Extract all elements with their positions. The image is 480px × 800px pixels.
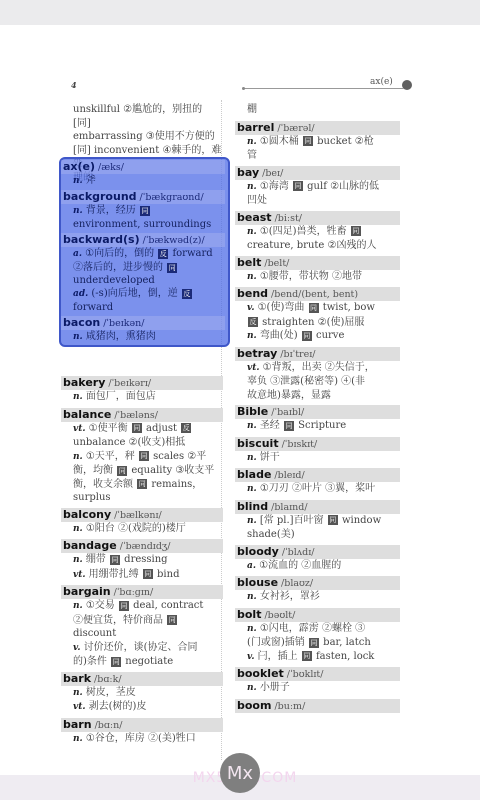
- definition-line: n. 小册子: [237, 681, 400, 696]
- definition-line: n. ①刀刃 ②叶片 ③翼，桨叶: [237, 482, 400, 497]
- pronunciation: /ˈbælkənɪ/: [114, 510, 162, 521]
- headword: bolt: [237, 608, 261, 621]
- synonym-tag-icon: 同: [110, 555, 120, 565]
- dictionary-entry[interactable]: bakery/ˈbeɪkərɪ/n. 面包厂，面包店: [63, 376, 223, 405]
- dictionary-entry[interactable]: beast/biːst/n. ①(四足)兽类，牲畜 同creature, bru…: [237, 211, 400, 253]
- definition-line: n. ①闪电，霹雳 ②螺栓 ③: [237, 622, 400, 637]
- definition-line: vt. ①背叛，出卖 ②失信于，: [237, 361, 400, 376]
- dictionary-entry[interactable]: bargain/ˈbɑːgɪn/n. ①交易 同 deal, contract②…: [63, 585, 223, 669]
- headword-bar[interactable]: boom/buːm/: [235, 699, 400, 713]
- right-entry-list: barrel/ˈbærəl/n. ①圆木桶 同 bucket ②枪管bay/be…: [237, 121, 400, 713]
- app-menu-button[interactable]: Mx: [220, 753, 260, 793]
- part-of-speech: n.: [247, 624, 260, 634]
- headword: bandage: [63, 539, 117, 552]
- headword: beast: [237, 211, 272, 224]
- synonym-tag-icon: 同: [302, 651, 312, 661]
- part-of-speech: n.: [247, 331, 260, 341]
- headword-bar[interactable]: bay/beɪ/: [235, 166, 400, 180]
- pronunciation: /ˈbɑːgɪn/: [114, 587, 154, 598]
- pronunciation: /ˈbʊklɪt/: [287, 669, 324, 680]
- headword: barrel: [237, 121, 274, 134]
- part-of-speech: n.: [247, 592, 260, 602]
- definition-line: v. ①(使)弯曲 同 twist, bow: [237, 301, 400, 316]
- pronunciation: /ˈbærəl/: [277, 123, 314, 134]
- pronunciation: /ˈbækgraʊnd/: [140, 192, 204, 203]
- headword: bay: [237, 166, 259, 179]
- part-of-speech: n.: [73, 688, 86, 698]
- dictionary-entry[interactable]: barrel/ˈbærəl/n. ①圆木桶 同 bucket ②枪管: [237, 121, 400, 163]
- definition-line: n. 面包厂，面包店: [63, 390, 223, 405]
- headword: bloody: [237, 545, 279, 558]
- part-of-speech: n.: [73, 555, 86, 565]
- pronunciation: /æks/: [98, 162, 124, 173]
- part-of-speech: n.: [73, 524, 86, 534]
- part-of-speech: n.: [73, 206, 86, 216]
- headword: balcony: [63, 508, 111, 521]
- definition-line: n. ①海湾 同 gulf ②山脉的低: [237, 180, 400, 195]
- headword: biscuit: [237, 437, 279, 450]
- dictionary-entry[interactable]: belt/belt/n. ①腰带，带状物 ②地带: [237, 256, 400, 285]
- pronunciation: /bɑːk/: [94, 674, 122, 685]
- headword: balance: [63, 408, 111, 421]
- pronunciation: /ˈbeɪkərɪ/: [108, 378, 151, 389]
- synonym-tag-icon: 同: [302, 331, 312, 341]
- definition-line: v. 闩，插上 同 fasten, lock: [237, 650, 400, 665]
- definition-line: n. 绷带 同 dressing: [63, 553, 223, 568]
- synonym-tag-icon: 同: [143, 569, 153, 579]
- definition-line: ②落后的，进步慢的 同: [63, 261, 225, 274]
- pronunciation: /ˈbækwəd(z)/: [143, 235, 205, 246]
- headword: betray: [237, 347, 277, 360]
- headword-bar[interactable]: ax(e)/æks/: [61, 160, 225, 174]
- headword: backward(s): [63, 233, 140, 246]
- pronunciation: /ˈbeɪkən/: [103, 318, 144, 329]
- definition-line: 辜负 ③泄露(秘密等) ④(非: [237, 375, 400, 389]
- part-of-speech: n.: [73, 734, 86, 744]
- dictionary-entry[interactable]: bloody/ˈblʌdɪ/a. ①流血的 ②血腥的: [237, 545, 400, 574]
- definition-line: underdeveloped: [63, 274, 225, 287]
- pronunciation: /ˈbændɪdʒ/: [120, 541, 171, 552]
- definition-line: discount: [63, 627, 223, 641]
- headword: bark: [63, 672, 91, 685]
- headword: booklet: [237, 667, 284, 680]
- part-of-speech: vt.: [247, 363, 263, 373]
- definition-line: vt. ①使平衡 同 adjust 反: [63, 422, 223, 437]
- pronunciation: /ˈbɪskɪt/: [282, 439, 318, 450]
- headword-bar[interactable]: bark/bɑːk/: [61, 672, 223, 686]
- synonym-tag-icon: 同: [140, 206, 150, 216]
- definition-line: n. 弯曲(处) 同 curve: [237, 329, 400, 344]
- synonym-tag-icon: 同: [167, 263, 177, 273]
- definition-line: n. ①圆木桶 同 bucket ②枪: [237, 135, 400, 150]
- part-of-speech: n.: [73, 392, 86, 402]
- part-of-speech: n.: [247, 182, 260, 192]
- synonym-tag-icon: 同: [117, 466, 127, 476]
- definition-line: unbalance ②(收支)相抵: [63, 436, 223, 450]
- headword: Bible: [237, 405, 268, 418]
- part-of-speech: n.: [247, 516, 260, 526]
- page-number: 4: [71, 80, 77, 90]
- dictionary-entry[interactable]: boom/buːm/: [237, 699, 400, 713]
- antonym-tag-icon: 反: [248, 317, 258, 327]
- synonym-tag-icon: 同: [309, 303, 319, 313]
- definition-line: n. 圣经 同 Scripture: [237, 419, 400, 434]
- definition-line: forward: [63, 301, 225, 314]
- definition-line: n. ①阳台 ②(戏院的)楼厅: [63, 522, 223, 537]
- definition-line: n. 树皮，茎皮: [63, 686, 223, 701]
- right-column: 棚 barrel/ˈbærəl/n. ①圆木桶 同 bucket ②枪管bay/…: [237, 103, 400, 716]
- pronunciation: /biːst/: [275, 213, 302, 224]
- part-of-speech: v.: [247, 303, 258, 313]
- definition-line: shade(美): [237, 528, 400, 542]
- dictionary-entry[interactable]: barn/bɑːn/n. ①谷仓，库房 ②(美)牲口: [63, 718, 223, 747]
- dictionary-entry[interactable]: betray/bɪˈtreɪ/vt. ①背叛，出卖 ②失信于，辜负 ③泄露(秘密…: [237, 347, 400, 403]
- definition-line: ②便宜货，特价商品 同: [63, 614, 223, 628]
- part-of-speech: v.: [247, 652, 258, 662]
- pronunciation: /ˈbaɪbl/: [271, 407, 304, 418]
- continuation-text: 棚: [237, 103, 400, 117]
- definition-line: n. [常 pl.]百叶窗 同 window: [237, 514, 400, 529]
- part-of-speech: n.: [247, 272, 260, 282]
- antonym-tag-icon: 反: [158, 249, 168, 259]
- dictionary-entry[interactable]: backward(s)/ˈbækwəd(z)/a. ①向后的，倒的 反 forw…: [63, 233, 225, 314]
- part-of-speech: n.: [247, 421, 260, 431]
- definition-line: 反 straighten ②(使)屈服: [237, 316, 400, 330]
- dictionary-entry[interactable]: blind/blaɪnd/n. [常 pl.]百叶窗 同 windowshade…: [237, 500, 400, 542]
- pronunciation: /bɪˈtreɪ/: [280, 349, 315, 360]
- definition-line: n. 咸猪肉，熏猪肉: [63, 330, 225, 344]
- definition-line: 管: [237, 149, 400, 163]
- part-of-speech: n.: [247, 484, 260, 494]
- headword-bar[interactable]: backward(s)/ˈbækwəd(z)/: [61, 233, 225, 247]
- pronunciation: /beɪ/: [262, 168, 283, 179]
- headword: blind: [237, 500, 268, 513]
- headword-bar[interactable]: blind/blaɪnd/: [235, 500, 400, 514]
- headword: barn: [63, 718, 92, 731]
- definition-line: 的)条件 同 negotiate: [63, 655, 223, 669]
- definition-line: n. ①交易 同 deal, contract: [63, 599, 223, 614]
- definition-line: n. ①天平，秤 同 scales ②平: [63, 450, 223, 465]
- pronunciation: /buːm/: [274, 701, 305, 712]
- part-of-speech: vt.: [73, 570, 89, 580]
- headword: bacon: [63, 316, 100, 329]
- pronunciation: /ˈbæləns/: [114, 410, 158, 421]
- dictionary-entry[interactable]: blade/bleɪd/n. ①刀刃 ②叶片 ③翼，桨叶: [237, 468, 400, 497]
- headword: bend: [237, 287, 268, 300]
- headword-bar[interactable]: bolt/bəʊlt/: [235, 608, 400, 622]
- antonym-tag-icon: 反: [181, 423, 191, 433]
- part-of-speech: v.: [73, 643, 84, 653]
- definition-line: n. 背景，经历 同: [63, 204, 225, 218]
- headword-bar[interactable]: blade/bleɪd/: [235, 468, 400, 482]
- definition-line: n. 女衬衫，罩衫: [237, 590, 400, 605]
- dictionary-entry[interactable]: bay/beɪ/n. ①海湾 同 gulf ②山脉的低凹处: [237, 166, 400, 208]
- synonym-tag-icon: 同: [284, 421, 294, 431]
- pronunciation: /bleɪd/: [274, 470, 304, 481]
- definition-line: n. ①(四足)兽类，牲畜 同: [237, 225, 400, 240]
- status-bar: [0, 0, 480, 25]
- headword: ax(e): [63, 160, 95, 173]
- part-of-speech: vt.: [73, 424, 89, 434]
- headword-bar[interactable]: bend/bend/(bent, bent): [235, 287, 400, 301]
- headword-bar[interactable]: biscuit/ˈbɪskɪt/: [235, 437, 400, 451]
- headword-bar[interactable]: barn/bɑːn/: [61, 718, 223, 732]
- pronunciation: /ˈblʌdɪ/: [282, 547, 315, 558]
- headword-bar[interactable]: belt/belt/: [235, 256, 400, 270]
- pronunciation: /blaɪnd/: [271, 502, 307, 513]
- synonym-tag-icon: 同: [132, 423, 142, 433]
- headword-bar[interactable]: balcony/ˈbælkənɪ/: [61, 508, 223, 522]
- antonym-tag-icon: 反: [182, 289, 192, 299]
- definition-line: vt. 用绷带扎缚 同 bind: [63, 568, 223, 583]
- synonym-tag-icon: 同: [351, 226, 361, 236]
- synonym-tag-icon: 同: [119, 601, 129, 611]
- dictionary-entry[interactable]: bark/bɑːk/n. 树皮，茎皮vt. 剥去(树的)皮: [63, 672, 223, 715]
- definition-line: n. ①谷仓，库房 ②(美)牲口: [63, 732, 223, 747]
- definition-line: 衡，均衡 同 equality ③收支平: [63, 464, 223, 478]
- selected-entries[interactable]: ax(e)/æks/n. 斧background/ˈbækgraʊnd/n. 背…: [63, 160, 225, 346]
- definition-line: environment, surroundings: [63, 218, 225, 231]
- synonym-tag-icon: 同: [328, 515, 338, 525]
- definition-line: creature, brute ②凶残的人: [237, 239, 400, 253]
- definition-line: a. ①流血的 ②血腥的: [237, 559, 400, 574]
- synonym-tag-icon: 同: [139, 451, 149, 461]
- pronunciation: /bend/(bent, bent): [271, 289, 358, 300]
- dictionary-entry[interactable]: bend/bend/(bent, bent)v. ①(使)弯曲 同 twist,…: [237, 287, 400, 344]
- running-head-rule: [244, 88, 404, 89]
- headword-bar[interactable]: betray/bɪˈtreɪ/: [235, 347, 400, 361]
- headword-bar[interactable]: beast/biːst/: [235, 211, 400, 225]
- dictionary-entry[interactable]: blouse/blaʊz/n. 女衬衫，罩衫: [237, 576, 400, 605]
- pronunciation: /belt/: [264, 258, 289, 269]
- dictionary-entry[interactable]: balance/ˈbæləns/vt. ①使平衡 同 adjust 反unbal…: [63, 408, 223, 505]
- dictionary-entry[interactable]: bandage/ˈbændɪdʒ/n. 绷带 同 dressingvt. 用绷带…: [63, 539, 223, 582]
- pronunciation: /bəʊlt/: [264, 610, 295, 621]
- left-entry-list: bakery/ˈbeɪkərɪ/n. 面包厂，面包店balance/ˈbælən…: [63, 376, 223, 746]
- definition-line: n. 饼干: [237, 451, 400, 466]
- headword-bar[interactable]: bakery/ˈbeɪkərɪ/: [61, 376, 223, 390]
- definition-line: ad. (-s)向后地，倒，逆 反: [63, 287, 225, 301]
- headword-bar[interactable]: blouse/blaʊz/: [235, 576, 400, 590]
- headword: bargain: [63, 585, 111, 598]
- headword: blade: [237, 468, 271, 481]
- definition-line: 故意地)暴露，显露: [237, 389, 400, 403]
- headword-bar[interactable]: Bible/ˈbaɪbl/: [235, 405, 400, 419]
- part-of-speech: a.: [73, 249, 85, 259]
- part-of-speech: n.: [73, 176, 86, 186]
- headword-bar[interactable]: barrel/ˈbærəl/: [235, 121, 400, 135]
- definition-line: (门或窗)插销 同 bar, latch: [237, 636, 400, 650]
- definition-line: n. ①腰带，带状物 ②地带: [237, 270, 400, 285]
- headword-bar[interactable]: balance/ˈbæləns/: [61, 408, 223, 422]
- headword-bar[interactable]: bloody/ˈblʌdɪ/: [235, 545, 400, 559]
- synonym-tag-icon: 同: [303, 136, 313, 146]
- running-head: ax(e): [370, 77, 393, 87]
- dictionary-entry[interactable]: balcony/ˈbælkənɪ/n. ①阳台 ②(戏院的)楼厅: [63, 508, 223, 537]
- definition-line: v. 讨价还价，谈(协定、合同: [63, 641, 223, 656]
- dictionary-entry[interactable]: bolt/bəʊlt/n. ①闪电，霹雳 ②螺栓 ③(门或窗)插销 同 bar,…: [237, 608, 400, 665]
- part-of-speech: n.: [73, 332, 86, 342]
- headword-bar[interactable]: background/ˈbækgraʊnd/: [61, 190, 225, 204]
- headword: belt: [237, 256, 261, 269]
- part-of-speech: ad.: [73, 289, 91, 299]
- definition-line: 凹处: [237, 194, 400, 208]
- dictionary-entry[interactable]: biscuit/ˈbɪskɪt/n. 饼干: [237, 437, 400, 466]
- definition-line: a. ①向后的，倒的 反 forward: [63, 247, 225, 261]
- part-of-speech: n.: [73, 601, 86, 611]
- synonym-tag-icon: 同: [309, 638, 319, 648]
- headword: boom: [237, 699, 271, 712]
- definition-line: surplus: [63, 491, 223, 505]
- pronunciation: /bɑːn/: [95, 720, 123, 731]
- dictionary-entry[interactable]: Bible/ˈbaɪbl/n. 圣经 同 Scripture: [237, 405, 400, 434]
- definition-line: vt. 剥去(树的)皮: [63, 700, 223, 715]
- synonym-tag-icon: 同: [293, 181, 303, 191]
- headword-bar[interactable]: booklet/ˈbʊklɪt/: [235, 667, 400, 681]
- definition-line: n. 斧: [63, 174, 225, 188]
- part-of-speech: n.: [247, 137, 260, 147]
- part-of-speech: n.: [73, 452, 86, 462]
- headword-bar[interactable]: bargain/ˈbɑːgɪn/: [61, 585, 223, 599]
- headword: background: [63, 190, 137, 203]
- headword: bakery: [63, 376, 105, 389]
- part-of-speech: n.: [247, 453, 260, 463]
- part-of-speech: a.: [247, 561, 259, 571]
- headword-bar[interactable]: bandage/ˈbændɪdʒ/: [61, 539, 223, 553]
- dictionary-entry[interactable]: ax(e)/æks/n. 斧: [63, 160, 225, 188]
- part-of-speech: n.: [247, 227, 260, 237]
- headword-bar[interactable]: bacon/ˈbeɪkən/: [61, 316, 225, 330]
- dictionary-entry[interactable]: booklet/ˈbʊklɪt/n. 小册子: [237, 667, 400, 696]
- synonym-tag-icon: 同: [167, 615, 177, 625]
- pronunciation: /blaʊz/: [281, 578, 313, 589]
- synonym-tag-icon: 同: [111, 657, 121, 667]
- part-of-speech: n.: [247, 683, 260, 693]
- headword: blouse: [237, 576, 278, 589]
- synonym-tag-icon: 同: [137, 479, 147, 489]
- dictionary-entry[interactable]: bacon/ˈbeɪkən/n. 咸猪肉，熏猪肉: [63, 316, 225, 344]
- dictionary-entry[interactable]: background/ˈbækgraʊnd/n. 背景，经历 同environm…: [63, 190, 225, 231]
- definition-line: 衡，收支余额 同 remains，: [63, 478, 223, 492]
- part-of-speech: vt.: [73, 702, 89, 712]
